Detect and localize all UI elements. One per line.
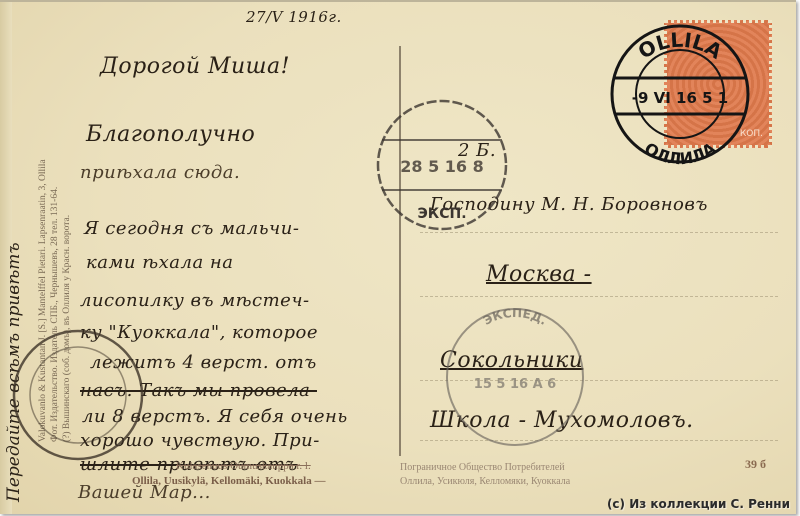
footer-line2-ru: Оллила, Усикюля, Келломяки, Куоккала	[400, 476, 570, 487]
postmark-bottom-text: ОЛЛИЛА	[641, 138, 720, 166]
footer-line1-ru: Пограничное Общество Потребителей	[400, 462, 565, 473]
card-number: 39 б	[745, 457, 766, 472]
message-line: ками ѣхала на	[86, 252, 234, 273]
message-line: Благополучно	[86, 122, 255, 147]
greeting: Дорогой Миша!	[100, 54, 290, 79]
date-written: 27/V 1916г.	[246, 8, 342, 26]
transit-postmark: 28 5 16 8 ЭКСП.	[372, 90, 512, 244]
moscow-postmark: ЭКСПЕД. 15 5 16 А 6	[440, 302, 590, 456]
postmark-date: 28 5 16 8	[400, 157, 484, 176]
svg-text:ОЛЛИЛА: ОЛЛИЛА	[641, 138, 720, 166]
message-line: Я сегодня съ мальчи-	[84, 218, 299, 239]
collection-watermark: (с) Из коллекции С. Ренни	[607, 497, 790, 511]
footer-line2-fi: Ollila, Uusikylä, Kellomäki, Kuokkala —	[132, 475, 325, 487]
svg-text:ЭКСПЕД.: ЭКСПЕД.	[481, 306, 549, 328]
message-line: лисопилку въ мѣстеч-	[80, 290, 310, 311]
footer-line1-fi: Kulasenuus Oumuskauppa r. l.	[176, 460, 311, 472]
postmark-top-text: ЭКСПЕД.	[481, 306, 549, 328]
left-postmark	[6, 320, 156, 474]
postmark-bottom-text: ЭКСП.	[417, 206, 466, 222]
postmark-date: -9 VI 16 5 1	[632, 89, 729, 107]
address-line	[420, 296, 780, 297]
postmark-date: 15 5 16 А 6	[474, 377, 556, 392]
message-line: приѣхала сюда.	[80, 162, 240, 183]
postcard: Передайте всѣмъ привѣтъ Valokuvanlo & Ku…	[0, 0, 796, 514]
city: Москва -	[486, 262, 592, 287]
ollila-postmark: OLLILA -9 VI 16 5 1 ОЛЛИЛА	[592, 16, 768, 170]
